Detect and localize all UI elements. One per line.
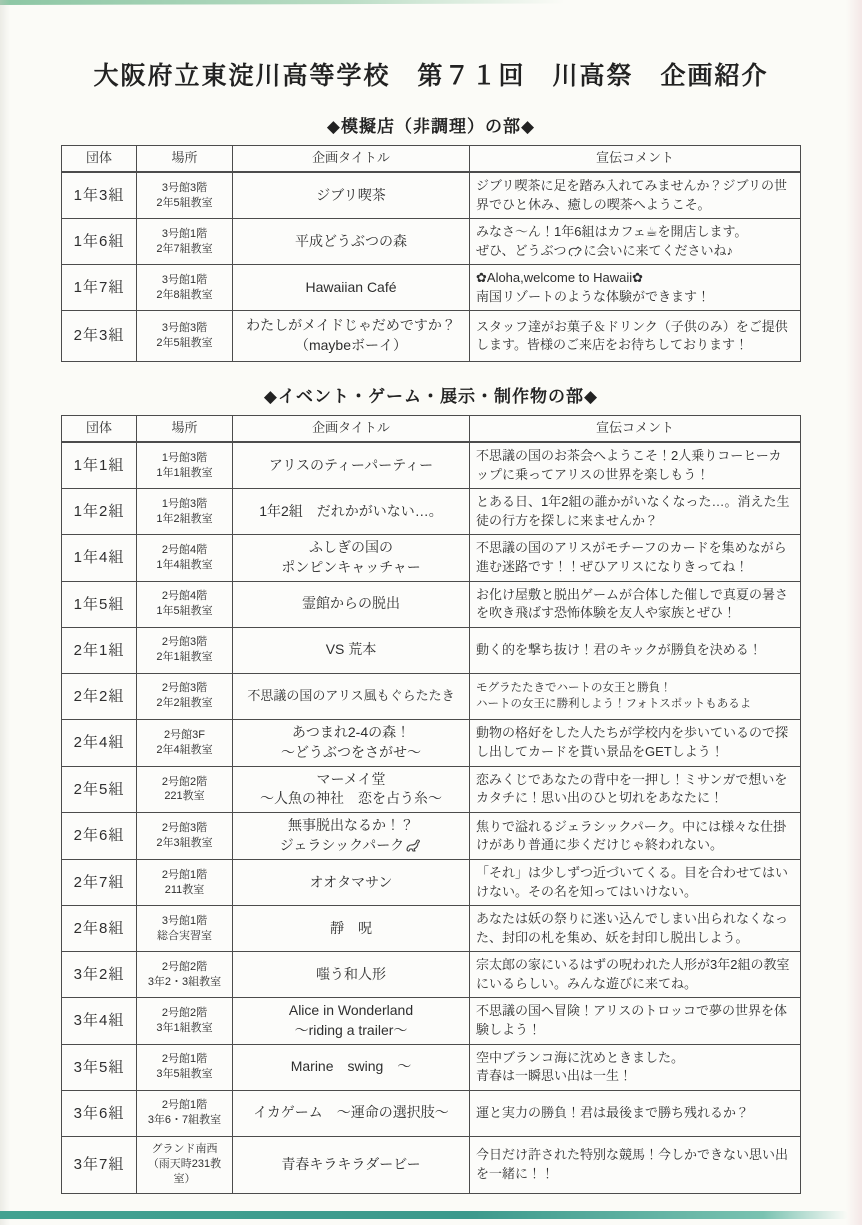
table-row: 3年4組 2号館2階 3年1組教室 Alice in Wonderland ～r…: [62, 997, 800, 1044]
column-header-title: 企画タイトル: [232, 416, 469, 441]
document-page: 大阪府立東淀川高等学校 第７１回 川高祭 企画紹介 ◆模擬店（非調理）の部◆ 団…: [0, 0, 862, 1194]
comment-cell: 不思議の国のアリスがモチーフのカードを集めながら進む迷路です！！ぜひアリスになり…: [469, 535, 800, 581]
place-cell: 2号館4階 1年4組教室: [136, 535, 232, 581]
group-cell: 1年2組: [62, 489, 136, 534]
table-row: 3年7組 グランド南西 （雨天時231教室） 青春キラキラダービー 今日だけ許さ…: [62, 1136, 800, 1193]
place-cell: 3号館3階 2年5組教室: [136, 173, 232, 218]
comment-cell: 不思議の国へ冒険！アリスのトロッコで夢の世界を体験しよう！: [469, 998, 800, 1044]
title-cell: Hawaiian Café: [232, 265, 469, 310]
title-cell: 1年2組 だれかがいない…。: [232, 489, 469, 534]
comment-cell: 焦りで溢れるジェラシックパーク。中には様々な仕掛けがあり普通に歩くだけじゃ終われ…: [469, 813, 800, 859]
comment-text: みなさ～ん！1年6組はカフェ☕を開店します。 ぜひ、どうぶつに会いに来てください…: [476, 223, 747, 260]
group-cell: 1年6組: [62, 219, 136, 264]
table-row: 1年2組 1号館3階 1年2組教室 1年2組 だれかがいない…。 とある日、1年…: [62, 488, 800, 534]
dinosaur-icon: [405, 838, 421, 852]
place-cell: 1号館3階 1年1組教室: [136, 443, 232, 488]
section-heading-event: ◆イベント・ゲーム・展示・制作物の部◆: [0, 382, 862, 407]
comment-cell: 動く的を撃ち抜け！君のキックが勝負を決める！: [469, 628, 800, 673]
table-row: 2年1組 2号館3階 2年1組教室 VS 荒本 動く的を撃ち抜け！君のキックが勝…: [62, 627, 800, 673]
title-cell: 霊館からの脱出: [232, 582, 469, 627]
group-cell: 3年4組: [62, 998, 136, 1044]
title-cell: わたしがメイドじゃだめですか？（maybeボーイ）: [232, 311, 469, 361]
title-cell: オオタマサン: [232, 860, 469, 905]
group-cell: 1年7組: [62, 265, 136, 310]
table-row: 2年8組 3号館1階 総合実習室 靜 呪 あなたは妖の祭りに迷い込んでしまい出ら…: [62, 905, 800, 951]
place-cell: 2号館1階 3年5組教室: [136, 1045, 232, 1090]
title-cell: 平成どうぶつの森: [232, 219, 469, 264]
group-cell: 3年2組: [62, 952, 136, 997]
comment-cell: みなさ～ん！1年6組はカフェ☕を開店します。 ぜひ、どうぶつに会いに来てください…: [469, 219, 800, 264]
title-cell: アリスのティーパーティー: [232, 443, 469, 488]
group-cell: 2年6組: [62, 813, 136, 859]
place-cell: 2号館2階 3年2・3組教室: [136, 952, 232, 997]
comment-cell: 不思議の国のお茶会へようこそ！2人乗りコーヒーカップに乗ってアリスの世界を楽しも…: [469, 443, 800, 488]
column-header-group: 団体: [62, 416, 136, 441]
column-header-comment: 宣伝コメント: [469, 146, 800, 171]
comment-cell: 運と実力の勝負！君は最後まで勝ち残れるか？: [469, 1091, 800, 1136]
place-cell: 2号館3階 2年3組教室: [136, 813, 232, 859]
group-cell: 2年7組: [62, 860, 136, 905]
column-header-comment: 宣伝コメント: [469, 416, 800, 441]
group-cell: 2年4組: [62, 720, 136, 766]
title-cell: 嗤う和人形: [232, 952, 469, 997]
title-cell: マーメイ堂 ～人魚の神社 恋を占う糸～: [232, 767, 469, 813]
comment-cell: 動物の格好をした人たちが学校内を歩いているので探し出してカードを貰い景品をGET…: [469, 720, 800, 766]
table-row: 1年4組 2号館4階 1年4組教室 ふしぎの国の ポンピンキャッチャー 不思議の…: [62, 534, 800, 581]
place-cell: 2号館3階 2年1組教室: [136, 628, 232, 673]
place-cell: 3号館1階 2年7組教室: [136, 219, 232, 264]
column-header-title: 企画タイトル: [232, 146, 469, 171]
place-cell: 1号館3階 1年2組教室: [136, 489, 232, 534]
comment-cell: スタッフ達がお菓子＆ドリンク（子供のみ）をご提供します。皆様のご来店をお待ちして…: [469, 311, 800, 361]
group-cell: 1年1組: [62, 443, 136, 488]
animal-icon: [567, 244, 582, 257]
table-row: 2年4組 2号館3F 2年4組教室 あつまれ2-4の森！ ～どうぶつをさがせ～ …: [62, 719, 800, 766]
place-cell: 3号館1階 2年8組教室: [136, 265, 232, 310]
title-cell: 不思議の国のアリス風もぐらたたき: [232, 674, 469, 719]
table-header-row: 団体 場所 企画タイトル 宣伝コメント: [62, 146, 800, 172]
group-cell: 2年1組: [62, 628, 136, 673]
place-cell: 2号館3階 2年2組教室: [136, 674, 232, 719]
comment-cell: お化け屋敷と脱出ゲームが合体した催しで真夏の暑さを吹き飛ばす恐怖体験を友人や家族…: [469, 582, 800, 627]
table-row: 1年5組 2号館4階 1年5組教室 霊館からの脱出 お化け屋敷と脱出ゲームが合体…: [62, 581, 800, 627]
column-header-place: 場所: [136, 146, 232, 171]
group-cell: 1年5組: [62, 582, 136, 627]
comment-cell: ✿Aloha,welcome to Hawaii✿ 南国リゾートのような体験がで…: [469, 265, 800, 310]
title-cell: イカゲーム ～運命の選択肢～: [232, 1091, 469, 1136]
comment-cell: 空中ブランコ海に沈めときました。 青春は一瞬思い出は一生！: [469, 1045, 800, 1090]
title-cell: Alice in Wonderland ～riding a trailer～: [232, 998, 469, 1044]
comment-cell: 今日だけ許された特別な競馬！今しかできない思い出を一緒に！！: [469, 1137, 800, 1193]
table-row: 2年2組 2号館3階 2年2組教室 不思議の国のアリス風もぐらたたき モグラたた…: [62, 673, 800, 719]
comment-cell: 「それ」は少しずつ近づいてくる。目を合わせてはいけない。その名を知ってはいけない…: [469, 860, 800, 905]
table-header-row: 団体 場所 企画タイトル 宣伝コメント: [62, 416, 800, 442]
group-cell: 3年5組: [62, 1045, 136, 1090]
column-header-group: 団体: [62, 146, 136, 171]
place-cell: 2号館1階 211教室: [136, 860, 232, 905]
title-cell: あつまれ2-4の森！ ～どうぶつをさがせ～: [232, 720, 469, 766]
group-cell: 1年4組: [62, 535, 136, 581]
group-cell: 2年3組: [62, 311, 136, 361]
place-cell: 3号館3階 2年5組教室: [136, 311, 232, 361]
place-cell: 3号館1階 総合実習室: [136, 906, 232, 951]
title-text: 無事脱出なるか！？ ジェラシックパーク: [280, 816, 423, 856]
table-row: 1年3組 3号館3階 2年5組教室 ジブリ喫茶 ジブリ喫茶に足を踏み入れてみませ…: [62, 172, 800, 218]
group-cell: 1年3組: [62, 173, 136, 218]
page-title: 大阪府立東淀川高等学校 第７１回 川高祭 企画紹介: [0, 56, 862, 92]
group-cell: 2年5組: [62, 767, 136, 813]
title-cell: ふしぎの国の ポンピンキャッチャー: [232, 535, 469, 581]
comment-cell: 恋みくじであなたの背中を一押し！ミサンガで想いをカタチに！思い出のひと切れをあな…: [469, 767, 800, 813]
group-cell: 2年8組: [62, 906, 136, 951]
place-cell: 2号館2階 3年1組教室: [136, 998, 232, 1044]
title-cell: VS 荒本: [232, 628, 469, 673]
table-row: 3年5組 2号館1階 3年5組教室 Marine swing ～ 空中ブランコ海…: [62, 1044, 800, 1090]
group-cell: 3年7組: [62, 1137, 136, 1193]
title-cell: 靜 呪: [232, 906, 469, 951]
section-heading-mogiten: ◆模擬店（非調理）の部◆: [0, 112, 862, 137]
table-row: 2年3組 3号館3階 2年5組教室 わたしがメイドじゃだめですか？（maybeボ…: [62, 310, 800, 361]
table-row: 1年7組 3号館1階 2年8組教室 Hawaiian Café ✿Aloha,w…: [62, 264, 800, 310]
group-cell: 2年2組: [62, 674, 136, 719]
title-cell: ジブリ喫茶: [232, 173, 469, 218]
comment-cell: ジブリ喫茶に足を踏み入れてみませんか？ジブリの世界でひと休み、癒しの喫茶へようこ…: [469, 173, 800, 218]
title-cell: Marine swing ～: [232, 1045, 469, 1090]
column-header-place: 場所: [136, 416, 232, 441]
comment-cell: 宗太郎の家にいるはずの呪われた人形が3年2組の教室にいるらしい。みんな遊びに来て…: [469, 952, 800, 997]
scan-artifact-bottom-teal-band: [0, 1211, 848, 1219]
table-row: 3年2組 2号館2階 3年2・3組教室 嗤う和人形 宗太郎の家にいるはずの呪われ…: [62, 951, 800, 997]
table-row: 1年6組 3号館1階 2年7組教室 平成どうぶつの森 みなさ～ん！1年6組はカフ…: [62, 218, 800, 264]
group-cell: 3年6組: [62, 1091, 136, 1136]
comment-cell: とある日、1年2組の誰かがいなくなった…。消えた生徒の行方を探しに来ませんか？: [469, 489, 800, 534]
place-cell: 2号館2階 221教室: [136, 767, 232, 813]
comment-text-part: に会いに来てくださいね♪: [583, 243, 733, 258]
table-row: 2年5組 2号館2階 221教室 マーメイ堂 ～人魚の神社 恋を占う糸～ 恋みく…: [62, 766, 800, 813]
place-cell: 2号館1階 3年6・7組教室: [136, 1091, 232, 1136]
table-event: 団体 場所 企画タイトル 宣伝コメント 1年1組 1号館3階 1年1組教室 アリ…: [61, 415, 801, 1194]
title-text-part: 無事脱出なるか！？ ジェラシックパーク: [280, 817, 414, 853]
table-row: 3年6組 2号館1階 3年6・7組教室 イカゲーム ～運命の選択肢～ 運と実力の…: [62, 1090, 800, 1136]
title-cell: 無事脱出なるか！？ ジェラシックパーク: [232, 813, 469, 859]
comment-cell: あなたは妖の祭りに迷い込んでしまい出られなくなった、封印の札を集め、妖を封印し脱…: [469, 906, 800, 951]
place-cell: 2号館4階 1年5組教室: [136, 582, 232, 627]
comment-cell: モグラたたきでハートの女王と勝負！ ハートの女王に勝利しよう！フォトスポットもあ…: [469, 674, 800, 719]
table-row: 1年1組 1号館3階 1年1組教室 アリスのティーパーティー 不思議の国のお茶会…: [62, 442, 800, 488]
table-row: 2年7組 2号館1階 211教室 オオタマサン 「それ」は少しずつ近づいてくる。…: [62, 859, 800, 905]
table-row: 2年6組 2号館3階 2年3組教室 無事脱出なるか！？ ジェラシックパーク 焦り…: [62, 812, 800, 859]
place-cell: 2号館3F 2年4組教室: [136, 720, 232, 766]
table-mogiten: 団体 場所 企画タイトル 宣伝コメント 1年3組 3号館3階 2年5組教室 ジブ…: [61, 145, 801, 362]
place-cell: グランド南西 （雨天時231教室）: [136, 1137, 232, 1193]
title-cell: 青春キラキラダービー: [232, 1137, 469, 1193]
